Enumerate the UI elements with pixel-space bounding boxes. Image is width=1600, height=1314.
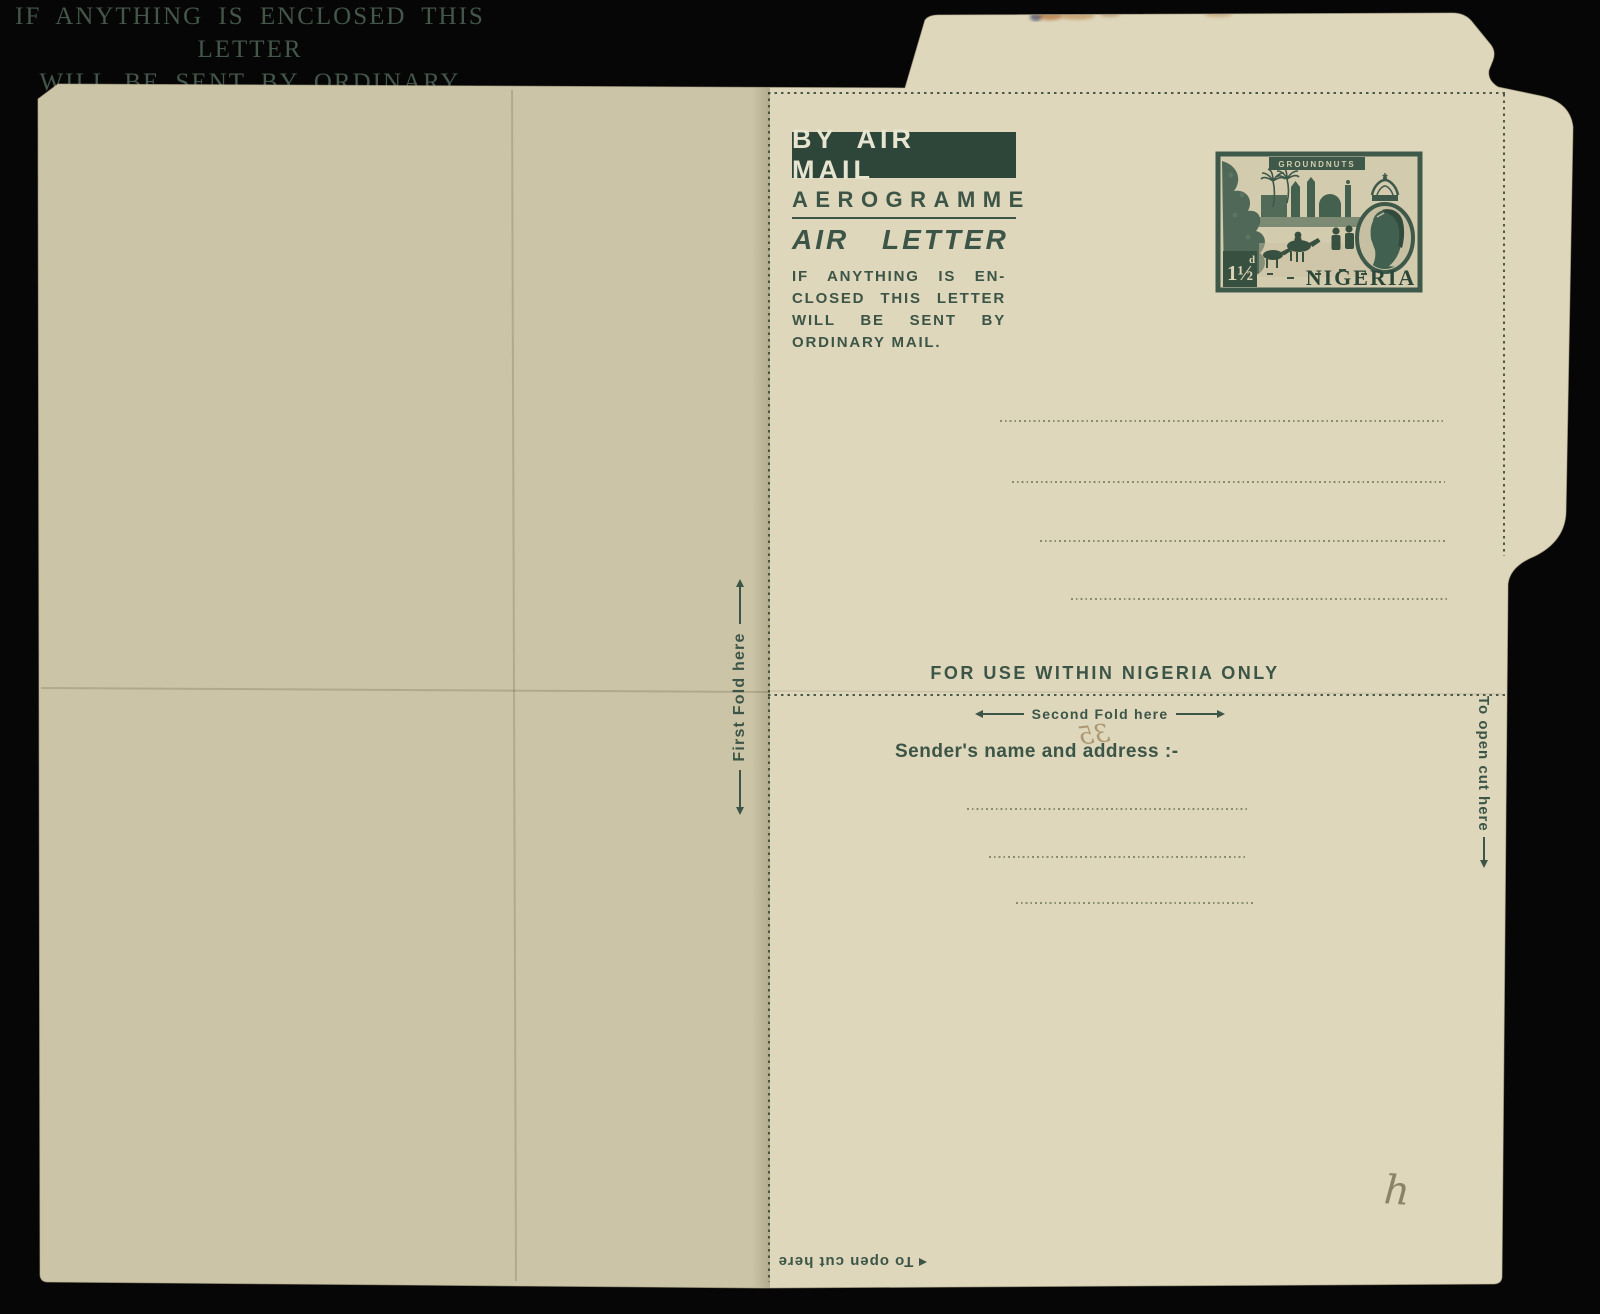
pencil-mark-annotation: h — [1382, 1167, 1411, 1215]
arrow-shaft — [1176, 713, 1217, 715]
for-use-label: FOR USE WITHIN NIGERIA ONLY — [880, 663, 1330, 684]
sender-line — [989, 856, 1247, 858]
note-line: ORDINARY MAIL. — [792, 332, 1006, 354]
note-line: CLOSED THIS LETTER — [792, 288, 1006, 310]
sender-line — [967, 808, 1247, 810]
arrow-right-icon — [1480, 860, 1488, 868]
arrow-left-icon — [975, 710, 983, 718]
address-line — [1071, 598, 1447, 600]
open-cut-right-text: To open cut here — [1476, 696, 1493, 837]
sender-line — [1016, 902, 1253, 904]
postage-stamp: 1½ d GROUNDNUTS NIGERIA — [1215, 151, 1423, 293]
open-cut-right-label: To open cut here — [1476, 696, 1492, 868]
back-panel-tint — [0, 0, 770, 1314]
denomination: 1½ d — [1223, 251, 1257, 287]
first-fold-label: First Fold here — [732, 579, 748, 815]
arrow-right-icon — [1217, 710, 1225, 718]
fold-border-left — [768, 92, 770, 1282]
note-line: WILL BE SENT BY — [792, 310, 1006, 332]
air-letter-label: AIR LETTER — [792, 224, 1032, 256]
airmail-banner: BY AIR MAIL — [792, 132, 1016, 178]
address-line — [1040, 540, 1446, 542]
arrow-shaft — [1483, 837, 1485, 860]
arrow-right-icon — [736, 579, 744, 587]
arrow-left-icon — [736, 807, 744, 815]
country-label: NIGERIA — [1306, 265, 1417, 290]
arrow-shaft — [739, 587, 741, 624]
arrow-shaft — [739, 770, 741, 807]
enclosure-note: IF ANYTHING IS EN- CLOSED THIS LETTER WI… — [792, 266, 1006, 354]
fold-border-top — [768, 92, 1506, 94]
open-cut-bottom-label: To open cut here — [775, 1254, 925, 1270]
fold-border-right — [1503, 94, 1505, 556]
first-fold-text: First Fold here — [731, 624, 749, 769]
note-line: IF ANYTHING IS EN- — [792, 266, 1006, 288]
open-cut-bottom-text: To open cut here — [773, 1254, 914, 1271]
address-line — [1012, 481, 1445, 483]
airmail-banner-label: BY AIR MAIL — [792, 124, 1016, 186]
second-fold-line — [768, 694, 1505, 696]
vignette-title-label: GROUNDNUTS — [1278, 160, 1355, 169]
denomination-unit-label: d — [1249, 254, 1255, 266]
address-line — [1000, 420, 1443, 422]
arrow-shaft — [983, 713, 1024, 715]
photo-canvas: BY AIR MAIL AEROGRAMME AIR LETTER IF ANY… — [0, 0, 1600, 1314]
arrow-left-icon — [919, 1258, 927, 1266]
senders-address-label: Sender's name and address :- — [895, 741, 1179, 763]
aerogramme-label: AEROGRAMME — [792, 187, 1016, 219]
